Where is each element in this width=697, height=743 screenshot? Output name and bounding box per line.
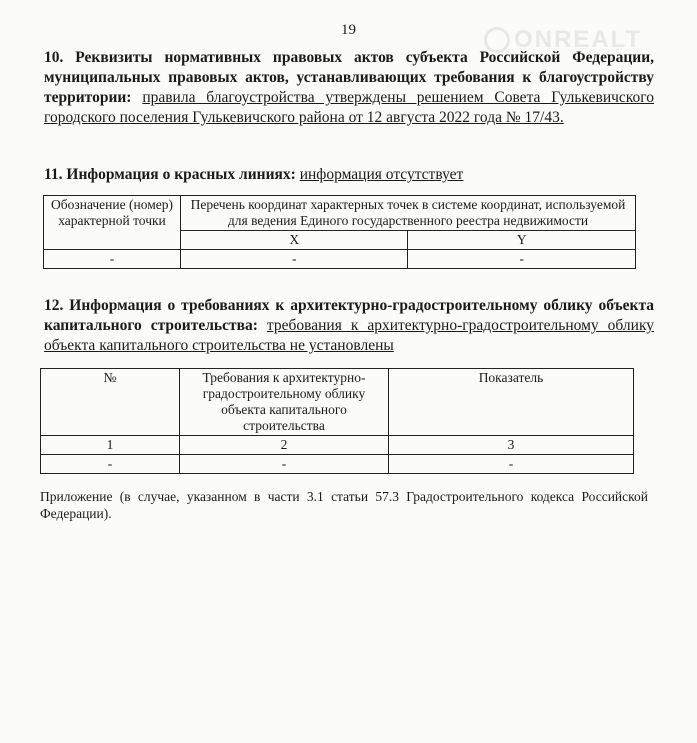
indicator-header: Показатель	[389, 369, 634, 436]
coordinates-header: Перечень координат характерных точек в с…	[181, 196, 636, 231]
cell: -	[389, 455, 634, 474]
red-lines-table: Обозначение (номер) характерной точки Пе…	[43, 195, 636, 269]
section-10-value: правила благоустройства утверждены решен…	[44, 89, 654, 126]
cell: -	[181, 250, 408, 269]
numbering-row: 1 2 3	[41, 436, 634, 455]
requirements-header: Требования к архитектурно-градостроитель…	[180, 369, 389, 436]
appendix-note: Приложение (в случае, указанном в части …	[40, 488, 648, 522]
cell: -	[408, 250, 636, 269]
cell: -	[44, 250, 181, 269]
y-header: Y	[408, 231, 636, 250]
section-12: 12. Информация о требованиях к архитекту…	[44, 296, 654, 356]
section-11: 11. Информация о красных линиях: информа…	[44, 165, 654, 185]
architectural-requirements-table: № Требования к архитектурно-градостроите…	[40, 368, 634, 474]
section-11-value: информация отсутствует	[300, 166, 464, 183]
table-row: - - -	[41, 455, 634, 474]
cell: 1	[41, 436, 180, 455]
section-11-heading: 11. Информация о красных линиях:	[44, 166, 296, 183]
number-header: №	[41, 369, 180, 436]
cell: 2	[180, 436, 389, 455]
x-header: X	[181, 231, 408, 250]
section-10: 10. Реквизиты нормативных правовых актов…	[44, 48, 654, 128]
cell: -	[180, 455, 389, 474]
point-designation-header: Обозначение (номер) характерной точки	[44, 196, 181, 250]
cell: -	[41, 455, 180, 474]
cell: 3	[389, 436, 634, 455]
table-row: - - -	[44, 250, 636, 269]
